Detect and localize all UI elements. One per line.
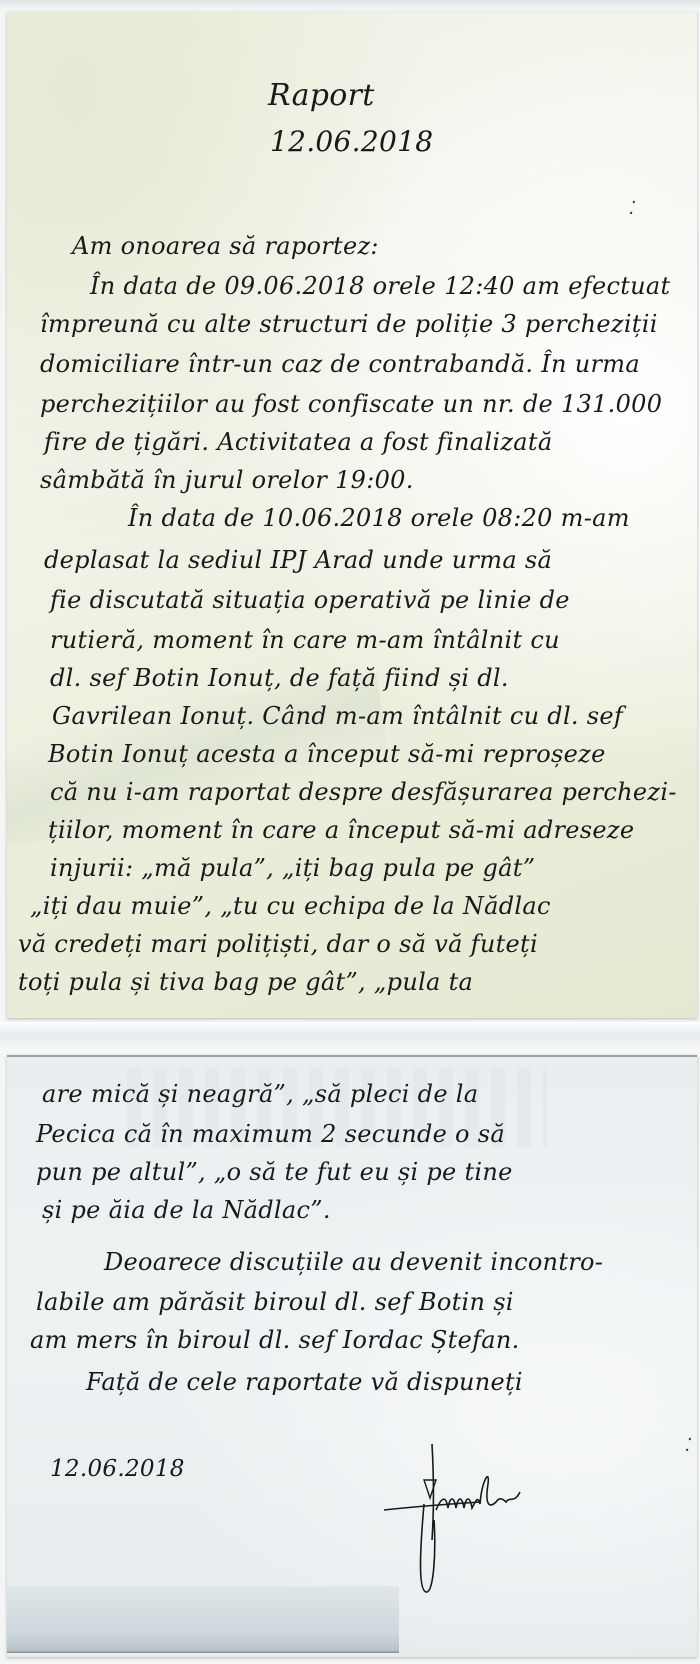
body-line: deplasat la sediul IPJ Arad unde urma să: [44, 546, 552, 574]
body-line: țiilor, moment în care a început să-mi a…: [48, 816, 634, 844]
body-line: domiciliare într-un caz de contrabandă. …: [40, 350, 640, 378]
body-line: Pecica că în maximum 2 secunde o să: [36, 1120, 505, 1148]
body-line: toți pula și tiva bag pe gât”, „pula ta: [18, 968, 473, 996]
corner-mark: ⁚: [628, 198, 634, 219]
body-line: pun pe altul”, „o să te fut eu și pe tin…: [36, 1158, 513, 1186]
body-line: labile am părăsit biroul dl. sef Botin ș…: [36, 1288, 514, 1316]
body-line: În data de 09.06.2018 orele 12:40 am efe…: [90, 272, 670, 300]
body-line: perchezițiilor au fost confiscate un nr.…: [40, 390, 662, 418]
document-title: Raport: [268, 78, 375, 113]
signature-icon: Dumitrescu: [380, 1440, 580, 1620]
signature: Dumitrescu: [380, 1440, 580, 1624]
body-line: „iți dau muie”, „tu cu echipa de la Nădl…: [30, 892, 551, 920]
body-line: că nu i-am raportat despre desfășurarea …: [50, 778, 677, 806]
header-date: 12.06.2018: [270, 125, 433, 158]
page-separator: [0, 1022, 700, 1052]
footer-date: 12.06.2018: [50, 1456, 185, 1482]
body-line: vă credeți mari polițiști, dar o să vă f…: [18, 930, 538, 958]
blurred-area: [7, 1586, 399, 1653]
body-line: fire de țigări. Activitatea a fost final…: [44, 428, 552, 456]
body-line: Față de cele raportate vă dispuneți: [86, 1368, 523, 1396]
body-line: dl. sef Botin Ionuț, de față fiind și dl…: [50, 664, 509, 692]
body-line: rutieră, moment în care m-am întâlnit cu: [50, 626, 560, 654]
body-line: împreună cu alte structuri de poliție 3 …: [40, 310, 658, 338]
body-line: Gavrilean Ionuț. Când m-am întâlnit cu d…: [52, 702, 623, 730]
body-line: Botin Ionuț acesta a început să-mi repro…: [48, 740, 606, 768]
body-line: am mers în biroul dl. sef Iordac Ștefan.: [30, 1326, 520, 1354]
body-line: În data de 10.06.2018 orele 08:20 m-am: [128, 504, 630, 532]
corner-mark: ⁚: [684, 1435, 690, 1456]
top-border: [0, 0, 700, 10]
body-line: sâmbătă în jurul orelor 19:00.: [40, 466, 414, 494]
body-line: fie discutată situația operativă pe lini…: [50, 586, 570, 614]
body-line: are mică și neagră”, „să pleci de la: [42, 1080, 478, 1108]
body-line: injurii: „mă pula”, „iți bag pula pe gât…: [50, 854, 535, 882]
body-line: Deoarece discuțiile au devenit incontro-: [104, 1248, 603, 1276]
body-line: Am onoarea să raportez:: [72, 232, 379, 260]
body-line: și pe ăia de la Nădlac”.: [42, 1196, 331, 1224]
